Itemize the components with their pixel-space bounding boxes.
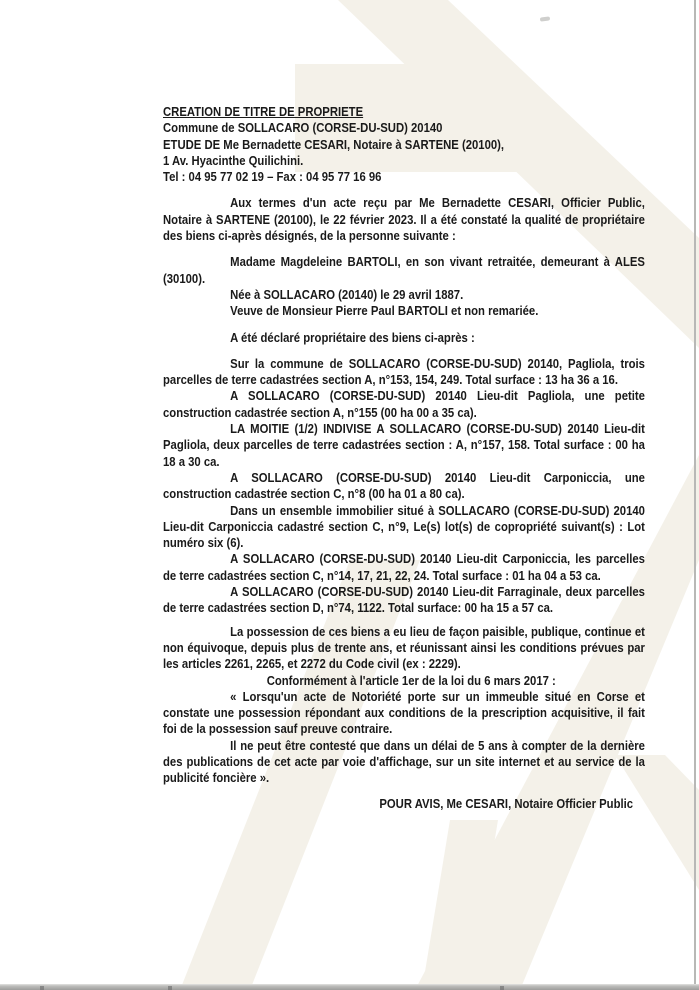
paragraph-possession: La possession de ces biens a eu lieu de …: [163, 624, 645, 673]
scrollbar-tick: [40, 986, 44, 990]
paragraph-moitie-indivise: LA MOITIE (1/2) INDIVISE A SOLLACARO (CO…: [163, 421, 645, 470]
paragraph-aux-termes: Aux termes d'un acte reçu par Me Bernade…: [163, 195, 645, 244]
header-line-commune: Commune de SOLLACARO (CORSE-DU-SUD) 2014…: [163, 120, 645, 136]
paragraph-carponiccia-parcelles: A SOLLACARO (CORSE-DU-SUD) 20140 Lieu-di…: [163, 551, 645, 584]
paragraph-sur-commune-pagliola: Sur la commune de SOLLACARO (CORSE-DU-SU…: [163, 356, 645, 389]
document-content: CREATION DE TITRE DE PROPRIETE Commune d…: [163, 104, 645, 812]
bottom-scrollbar[interactable]: [0, 984, 699, 990]
paragraph-quote-corse: « Lorsqu'un acte de Notoriété porte sur …: [163, 689, 645, 738]
paragraph-ensemble-immobilier: Dans un ensemble immobilier situé à SOLL…: [163, 503, 645, 552]
scrollbar-tick: [168, 986, 172, 990]
document-title: CREATION DE TITRE DE PROPRIETE: [163, 104, 645, 120]
paragraph-quote-delai: Il ne peut être contesté que dans un dél…: [163, 738, 645, 787]
scan-artifact: [540, 16, 550, 21]
paragraph-carponiccia-construction: A SOLLACARO (CORSE-DU-SUD) 20140 Lieu-di…: [163, 470, 645, 503]
header-line-adresse: 1 Av. Hyacinthe Quilichini.: [163, 153, 645, 169]
signature-line: POUR AVIS, Me CESARI, Notaire Officier P…: [163, 796, 645, 812]
scrollbar-tick: [500, 986, 504, 990]
document-viewer: CREATION DE TITRE DE PROPRIETE Commune d…: [0, 0, 699, 990]
paragraph-nee: Née à SOLLACARO (20140) le 29 avril 1887…: [163, 287, 645, 303]
header-line-etude: ETUDE DE Me Bernadette CESARI, Notaire à…: [163, 137, 645, 153]
paragraph-pagliola-construction: A SOLLACARO (CORSE-DU-SUD) 20140 Lieu-di…: [163, 388, 645, 421]
paragraph-farraginale: A SOLLACARO (CORSE-DU-SUD) 20140 Lieu-di…: [163, 584, 645, 617]
paragraph-declare-proprietaire: A été déclaré propriétaire des biens ci-…: [163, 330, 645, 346]
paragraph-conformement: Conformément à l'article 1er de la loi d…: [163, 673, 645, 689]
header-line-tel-fax: Tel : 04 95 77 02 19 – Fax : 04 95 77 16…: [163, 169, 645, 185]
page-edge-line: [694, 0, 696, 984]
paragraph-veuve: Veuve de Monsieur Pierre Paul BARTOLI et…: [163, 303, 645, 319]
paragraph-madame-bartoli: Madame Magdeleine BARTOLI, en son vivant…: [163, 254, 645, 287]
